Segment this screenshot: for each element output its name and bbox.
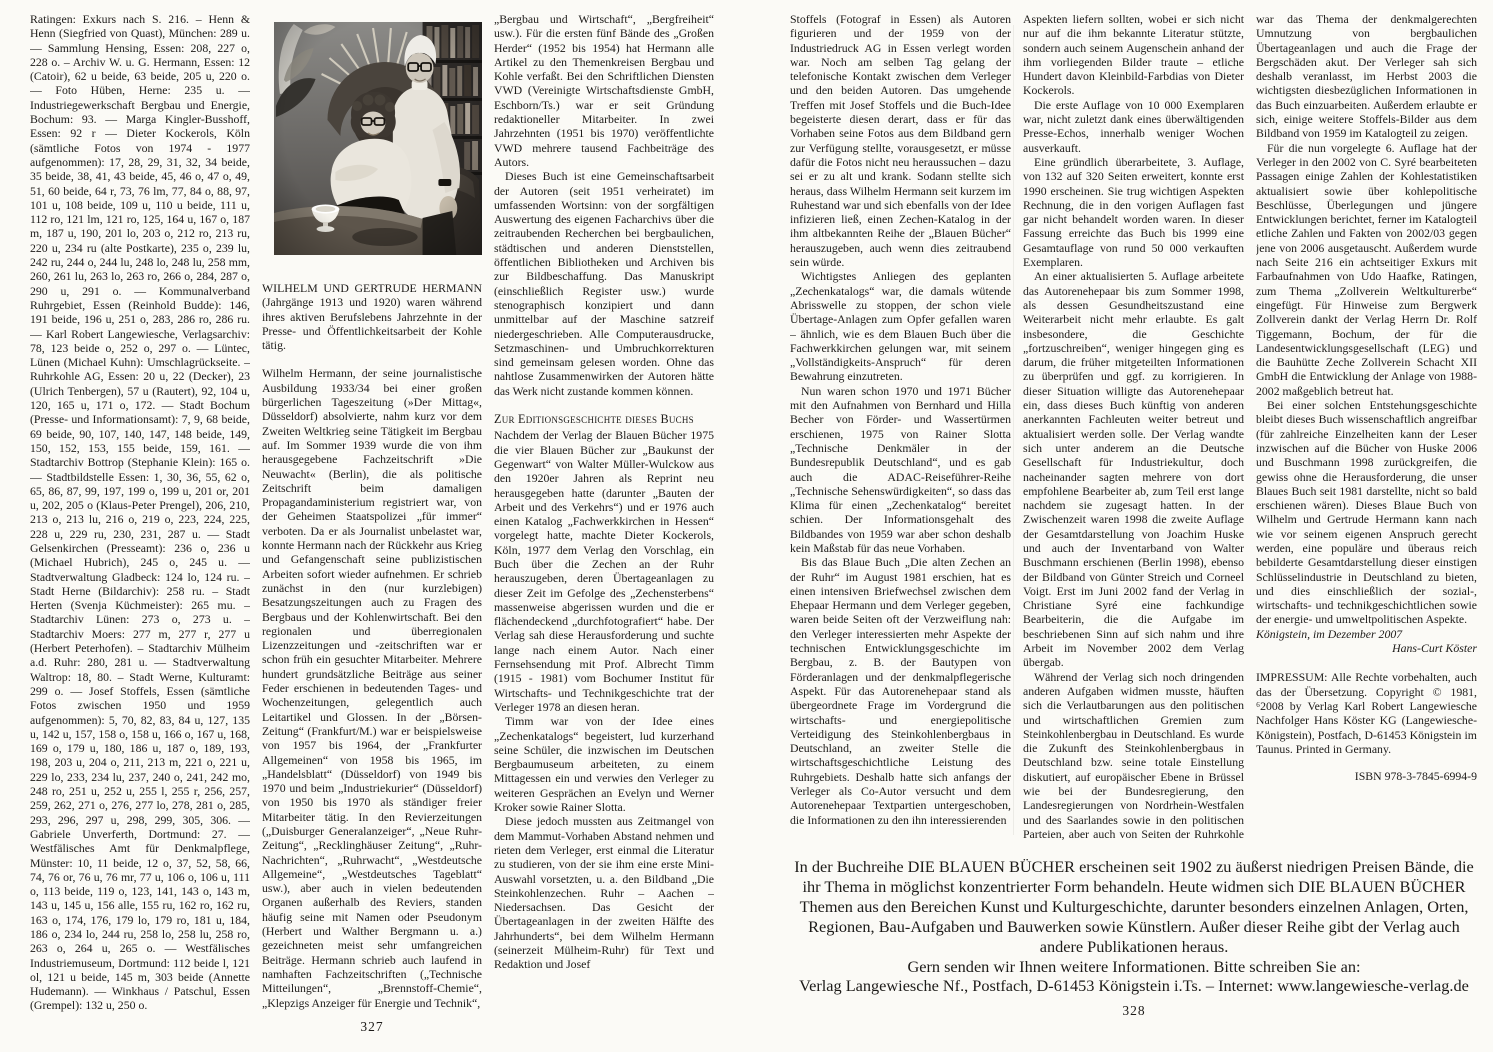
biography-continuation: „Bergbau und Wirtschaft“, „Bergfreiheit“… (494, 12, 714, 169)
impressum-text: IMPRESSUM: Alle Rechte vorbehalten, auch… (1256, 670, 1477, 756)
hermann-portrait-svg (274, 22, 482, 255)
edition-history-paragraph-1: Nachdem der Verlag der Blauen Bücher 197… (494, 428, 714, 714)
hermann-portrait-photo (274, 22, 482, 255)
edition-history-paragraph-6: Nun waren schon 1970 und 1971 Bücher mit… (790, 384, 1011, 556)
edition-history-paragraph-9: Die erste Auflage von 10 000 Exemplaren … (1023, 98, 1244, 155)
page-328: Stoffels (Fotograf in Essen) als Autoren… (790, 12, 1478, 1019)
edition-history-paragraph-8: Aspekten liefern sollten, wobei er sich … (1023, 12, 1244, 98)
dateline: Königstein, im Dezember 2007 (1256, 627, 1477, 641)
edition-history-paragraph-4: Stoffels (Fotograf in Essen) als Autoren… (790, 12, 1011, 269)
collaboration-paragraph: Dieses Buch ist eine Gemeinschaftsarbeit… (494, 169, 714, 398)
left-column-3: „Bergbau und Wirtschaft“, „Bergfreiheit“… (494, 12, 714, 1012)
edition-history-paragraph-13: war das Thema der denkmalgerechten Umnut… (1256, 12, 1477, 141)
page-number-328: 328 (790, 1003, 1478, 1019)
blaue-buecher-series-note: In der Buchreihe DIE BLAUEN BÜCHER ersch… (790, 857, 1478, 996)
edition-history-paragraph-7: Bis das Blaue Buch „Die alten Zechen an … (790, 555, 1011, 827)
scan-crease-line (1013, 25, 1014, 835)
page-328-columns: Stoffels (Fotograf in Essen) als Autoren… (790, 12, 1478, 840)
right-column-2: Aspekten liefern sollten, wobei er sich … (1023, 12, 1244, 840)
photo-caption: WILHELM UND GERTRUDE HERMANN (Jahrgänge … (262, 281, 482, 352)
book-spread: Ratingen: Exkurs nach S. 216. – Henn & H… (0, 0, 1493, 1052)
right-column-1: Stoffels (Fotograf in Essen) als Autoren… (790, 12, 1011, 840)
biography-paragraph: Wilhelm Hermann, der seine journalistisc… (262, 366, 482, 1009)
page-number-327: 327 (30, 1019, 714, 1035)
portrait-column: WILHELM UND GERTRUDE HERMANN (Jahrgänge … (262, 12, 482, 1012)
edition-history-paragraph-15: Bei einer solchen Entstehungsgeschichte … (1256, 398, 1477, 627)
photo-vignette (274, 22, 482, 255)
series-note-contact-line: Gern senden wir Ihnen weitere Informatio… (790, 957, 1478, 977)
edition-history-paragraph-10: Eine gründlich überarbeitete, 3. Auflage… (1023, 155, 1244, 269)
series-note-address-line: Verlag Langewiesche Nf., Postfach, D-614… (790, 976, 1478, 996)
series-note-paragraph: In der Buchreihe DIE BLAUEN BÜCHER ersch… (790, 857, 1478, 957)
page-327-columns: Ratingen: Exkurs nach S. 216. – Henn & H… (30, 12, 714, 1012)
credits-column: Ratingen: Exkurs nach S. 216. – Henn & H… (30, 12, 250, 1012)
page-327: Ratingen: Exkurs nach S. 216. – Henn & H… (30, 12, 714, 1035)
edition-history-paragraph-14: Für die nun vorgelegte 6. Auflage hat de… (1256, 141, 1477, 398)
edition-history-paragraph-3: Diese jedoch mussten aus Zeitmangel von … (494, 814, 714, 971)
right-column-3: war das Thema der denkmalgerechten Umnut… (1256, 12, 1477, 840)
edition-history-paragraph-5: Wichtigstes Anliegen des geplanten „Zech… (790, 269, 1011, 383)
edition-history-paragraph-2: Timm war von der Idee eines „Zechenkatal… (494, 714, 714, 814)
photo-credits-text: Ratingen: Exkurs nach S. 216. – Henn & H… (30, 12, 250, 1012)
isbn-number: ISBN 978-3-7845-6994-9 (1256, 769, 1477, 783)
edition-history-heading: Zur Editionsgeschichte dieses Buchs (494, 412, 714, 426)
edition-history-paragraph-11: An einer aktualisierten 5. Auflage arbei… (1023, 269, 1244, 669)
author-signature: Hans-Curt Köster (1256, 641, 1477, 655)
edition-history-paragraph-12: Während der Verlag sich noch dringenden … (1023, 670, 1244, 840)
